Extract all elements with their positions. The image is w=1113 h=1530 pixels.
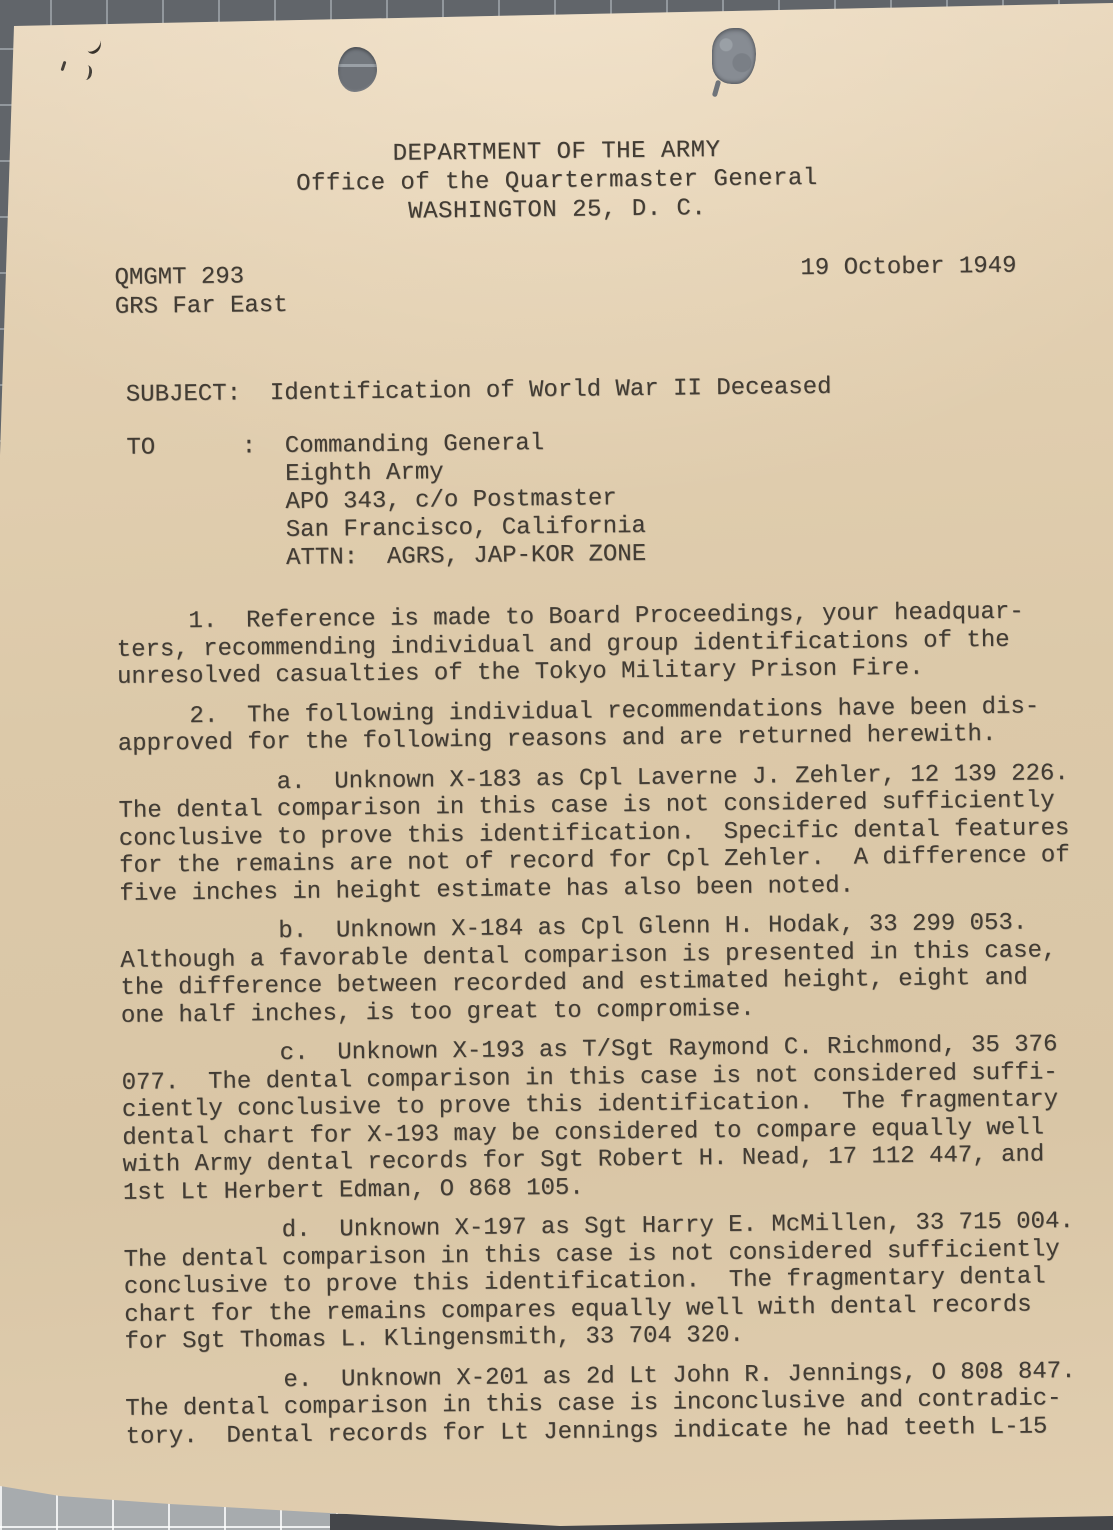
subparagraph-d: d. Unknown X-197 as Sgt Harry E. McMille… — [123, 1208, 1075, 1356]
letterhead: DEPARTMENT OF THE ARMY Office of the Qua… — [0, 132, 1107, 232]
letter-body: 1. Reference is made to Board Proceeding… — [116, 598, 1076, 1463]
address-block: TO : Commanding General Eighth Army APO … — [126, 429, 646, 575]
paragraph-2: 2. The following individual recommendati… — [117, 693, 1068, 759]
date-line: 19 October 1949 — [800, 253, 1016, 282]
subparagraph-e: e. Unknown X-201 as 2d Lt John R. Jennin… — [125, 1358, 1076, 1451]
subparagraph-b: b. Unknown X-184 as Cpl Glenn H. Hodak, … — [120, 909, 1072, 1030]
paragraph-1: 1. Reference is made to Board Proceeding… — [116, 598, 1067, 691]
punch-hole-right — [712, 28, 756, 84]
letter-paper: DEPARTMENT OF THE ARMY Office of the Qua… — [0, 0, 1113, 1530]
subparagraph-a: a. Unknown X-183 as Cpl Laverne J. Zehle… — [118, 760, 1070, 908]
office-symbol: GRS Far East — [115, 291, 288, 321]
subparagraph-c: c. Unknown X-193 as T/Sgt Raymond C. Ric… — [121, 1031, 1073, 1207]
letter-content: DEPARTMENT OF THE ARMY Office of the Qua… — [0, 0, 1113, 1530]
reference-block: QMGMT 293 GRS Far East — [114, 263, 287, 322]
subject-line: SUBJECT: Identification of World War II … — [126, 374, 832, 409]
photographed-document-scene: DEPARTMENT OF THE ARMY Office of the Qua… — [0, 0, 1113, 1530]
file-symbol: QMGMT 293 — [114, 263, 287, 293]
